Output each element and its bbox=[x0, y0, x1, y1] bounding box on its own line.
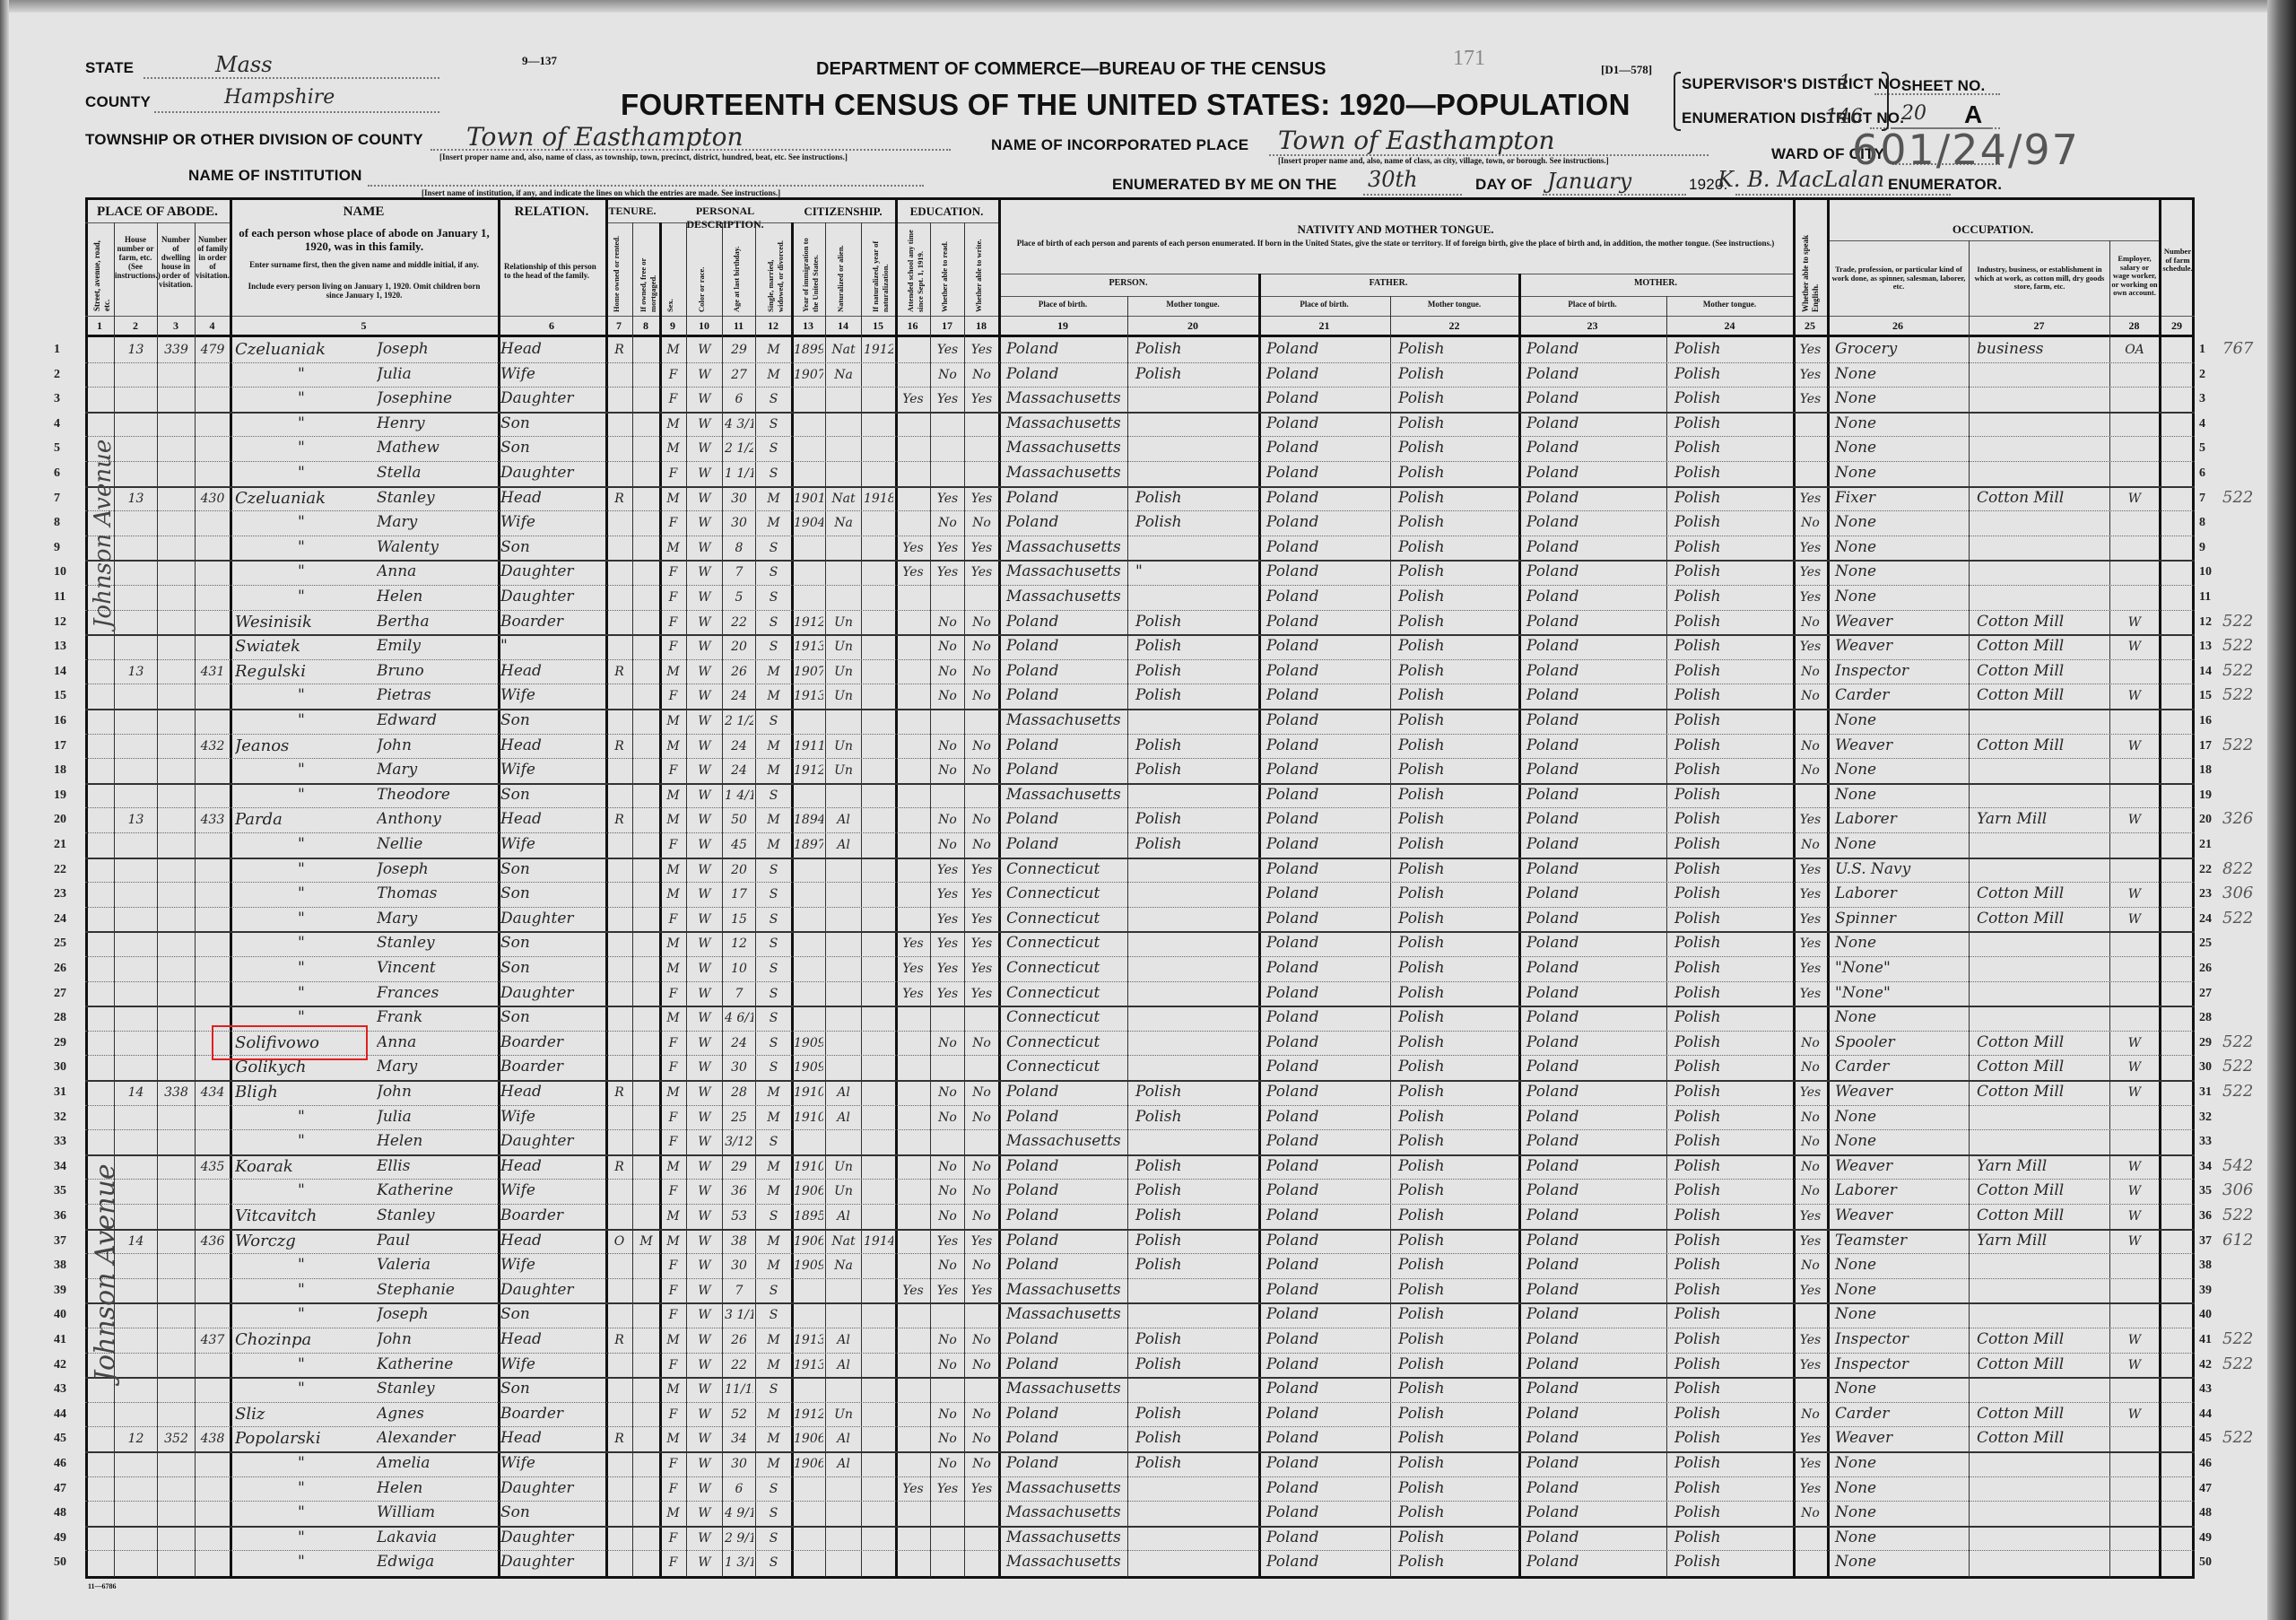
cell-sex: F bbox=[662, 1036, 684, 1050]
cell-pob: Poland bbox=[1001, 513, 1131, 531]
cell-fmt: Polish bbox=[1393, 538, 1522, 556]
cell-st: 13 bbox=[117, 492, 155, 506]
column-number: 17 bbox=[930, 319, 964, 333]
line-number-right: 39 bbox=[2199, 1284, 2212, 1298]
column-number: 27 bbox=[1969, 319, 2109, 333]
given-name: Alexander bbox=[377, 1429, 496, 1447]
surname: Golikych bbox=[235, 1058, 361, 1076]
cell-imm: 1906 bbox=[794, 1432, 823, 1446]
cell-mmt: Polish bbox=[1669, 884, 1796, 902]
given-name: Stella bbox=[377, 464, 496, 482]
cell-mmt: Polish bbox=[1669, 1380, 1796, 1398]
cell-eng: No bbox=[1796, 1506, 1825, 1520]
cell-write: No bbox=[967, 739, 996, 753]
margin-annotation: 822 bbox=[2222, 859, 2253, 878]
column-rule bbox=[157, 222, 158, 1577]
cell-fmt: Polish bbox=[1393, 1529, 1522, 1546]
line-number-left: 40 bbox=[54, 1308, 66, 1322]
cell-race: W bbox=[689, 441, 720, 456]
cell-trade: None bbox=[1830, 562, 1972, 580]
cell-fmt: Polish bbox=[1393, 588, 1522, 605]
cell-read: Yes bbox=[933, 541, 962, 555]
cell-mt: Polish bbox=[1130, 1454, 1262, 1472]
cell-fpob: Poland bbox=[1261, 414, 1394, 432]
cell-rel: Daughter bbox=[500, 1281, 604, 1299]
line-number-right: 46 bbox=[2199, 1457, 2212, 1471]
cell-fmt: Polish bbox=[1393, 1281, 1522, 1299]
cell-pob: Massachusetts bbox=[1001, 1380, 1131, 1398]
group-nativity: NATIVITY AND MOTHER TONGUE. bbox=[998, 222, 1793, 237]
line-number-right: 45 bbox=[2199, 1432, 2212, 1446]
cell-mmt: Polish bbox=[1669, 761, 1796, 779]
given-name: Anna bbox=[377, 562, 496, 580]
c16-header: Attended school any time since Sept. 1, … bbox=[906, 230, 926, 312]
supervisor-value: 1 bbox=[1839, 72, 1851, 94]
cell-sch: Yes bbox=[898, 1482, 928, 1496]
cell-write: No bbox=[967, 1358, 996, 1372]
cell-fmt: Polish bbox=[1393, 365, 1522, 383]
c10-header: Color or race. bbox=[697, 230, 707, 312]
cell-sex: F bbox=[662, 838, 684, 852]
row-rule bbox=[85, 758, 2195, 759]
cell-age: 30 bbox=[725, 492, 753, 506]
line-number-left: 37 bbox=[54, 1234, 66, 1249]
cell-fmt: Polish bbox=[1393, 1033, 1522, 1051]
line-number-left: 10 bbox=[54, 565, 66, 579]
margin-annotation: 326 bbox=[2222, 809, 2253, 828]
line-number-left: 20 bbox=[54, 813, 66, 827]
state-value: Mass bbox=[215, 52, 273, 77]
cell-rel: Son bbox=[500, 1305, 604, 1323]
cell-ms: M bbox=[758, 1110, 789, 1125]
cell-read: Yes bbox=[933, 1482, 962, 1496]
cell-ms: S bbox=[758, 1482, 789, 1496]
cell-emp: W bbox=[2112, 739, 2157, 753]
cell-read: No bbox=[933, 1160, 962, 1174]
cell-write: No bbox=[967, 665, 996, 679]
cell-ind: Cotton Mill bbox=[1971, 1429, 2113, 1447]
cell-mt: Polish bbox=[1130, 1405, 1262, 1423]
cell-trade: None bbox=[1830, 513, 1972, 531]
cell-age: 24 bbox=[725, 763, 753, 778]
cell-fpob: Poland bbox=[1261, 761, 1394, 779]
col6-header: Relationship of this person to the head … bbox=[504, 262, 601, 280]
cell-fam: 434 bbox=[197, 1085, 228, 1100]
column-rule bbox=[755, 222, 756, 1577]
cell-write: Yes bbox=[967, 962, 996, 976]
cell-mt: Polish bbox=[1130, 810, 1262, 828]
cell-read: No bbox=[933, 689, 962, 703]
rule bbox=[998, 296, 1793, 297]
cell-write: Yes bbox=[967, 1234, 996, 1249]
cell-rel: Head bbox=[500, 736, 604, 754]
surname: Czeluaniak bbox=[235, 340, 361, 359]
cell-rel: Head bbox=[500, 1083, 604, 1101]
cell-ms: S bbox=[758, 1209, 789, 1224]
column-rule bbox=[964, 222, 965, 1577]
cell-ind: Yarn Mill bbox=[1971, 1157, 2113, 1175]
cell-mpob: Poland bbox=[1521, 959, 1670, 977]
line-number-right: 41 bbox=[2199, 1333, 2212, 1347]
cell-read: Yes bbox=[933, 936, 962, 951]
cell-trade: None bbox=[1830, 1008, 1972, 1026]
group-place-of-abode: PLACE OF ABODE. bbox=[85, 205, 230, 220]
cell-race: W bbox=[689, 1209, 720, 1224]
column-number: 28 bbox=[2109, 319, 2159, 333]
row-rule bbox=[85, 1526, 2195, 1528]
cell-read: Yes bbox=[933, 962, 962, 976]
cell-age: 7 bbox=[725, 565, 753, 579]
cell-write: No bbox=[967, 1209, 996, 1224]
cell-sex: M bbox=[662, 863, 684, 877]
scan-edge-right bbox=[2267, 0, 2296, 1620]
cell-mmt: Polish bbox=[1669, 934, 1796, 952]
cell-eng: Yes bbox=[1796, 1209, 1825, 1224]
cell-mpob: Poland bbox=[1521, 1380, 1670, 1398]
cell-mmt: Polish bbox=[1669, 959, 1796, 977]
cell-ms: S bbox=[758, 887, 789, 901]
cell-sex: M bbox=[662, 1160, 684, 1174]
cell-rel: Daughter bbox=[500, 910, 604, 928]
cell-ms: S bbox=[758, 1531, 789, 1546]
cell-fpob: Poland bbox=[1261, 786, 1394, 804]
census-title: FOURTEENTH CENSUS OF THE UNITED STATES: … bbox=[621, 88, 1631, 122]
cell-pob: Massachusetts bbox=[1001, 1479, 1131, 1497]
cell-rel: Boarder bbox=[500, 1206, 604, 1224]
col21-header: Place of birth. bbox=[1258, 300, 1390, 309]
cell-imm: 1906 bbox=[794, 1184, 823, 1198]
cell-age: 22 bbox=[725, 615, 753, 630]
cell-sex: M bbox=[662, 1011, 684, 1025]
cell-mmt: Polish bbox=[1669, 1181, 1796, 1199]
cell-ms: S bbox=[758, 441, 789, 456]
cell-sex: F bbox=[662, 1184, 684, 1198]
cell-fpob: Poland bbox=[1261, 984, 1394, 1002]
cell-eng: No bbox=[1796, 739, 1825, 753]
cell-mmt: Polish bbox=[1669, 736, 1796, 754]
cell-eng: No bbox=[1796, 1135, 1825, 1149]
column-number: 24 bbox=[1666, 319, 1793, 333]
cell-mpob: Poland bbox=[1521, 365, 1670, 383]
cell-ms: S bbox=[758, 1506, 789, 1520]
given-name: Mary bbox=[377, 1058, 496, 1076]
line-number-left: 16 bbox=[54, 714, 66, 728]
row-rule bbox=[85, 907, 2195, 908]
given-name: John bbox=[377, 1330, 496, 1348]
cell-mpob: Poland bbox=[1521, 1132, 1670, 1150]
cell-fpob: Poland bbox=[1261, 1380, 1394, 1398]
line-number-left: 3 bbox=[54, 392, 60, 406]
cell-sex: M bbox=[662, 1333, 684, 1347]
cell-pob: Poland bbox=[1001, 835, 1131, 853]
surname: Popolarski bbox=[235, 1429, 361, 1448]
cell-dw: 338 bbox=[160, 1085, 193, 1100]
cell-race: W bbox=[689, 565, 720, 579]
cell-mmt: Polish bbox=[1669, 662, 1796, 680]
cell-tenure: R bbox=[608, 813, 631, 827]
given-name: Mary bbox=[377, 910, 496, 928]
col24-header: Mother tongue. bbox=[1666, 300, 1793, 309]
cell-fpob: Poland bbox=[1261, 1355, 1394, 1373]
county-label: COUNTY bbox=[85, 93, 151, 111]
cell-rel: Son bbox=[500, 1503, 604, 1521]
margin-annotation: 522 bbox=[2222, 488, 2253, 507]
cell-pob: Connecticut bbox=[1001, 910, 1131, 928]
row-rule bbox=[85, 783, 2195, 785]
cell-fmt: Polish bbox=[1393, 637, 1522, 655]
cell-write: No bbox=[967, 813, 996, 827]
cell-mpob: Poland bbox=[1521, 1033, 1670, 1051]
cell-mpob: Poland bbox=[1521, 1281, 1670, 1299]
cell-rel: Son bbox=[500, 439, 604, 457]
incorporated-value: Town of Easthampton bbox=[1278, 126, 1554, 155]
cell-race: W bbox=[689, 1110, 720, 1125]
margin-annotation: 522 bbox=[2222, 909, 2253, 928]
cell-fpob: Poland bbox=[1261, 1405, 1394, 1423]
cell-ms: S bbox=[758, 714, 789, 728]
col1-header: Street, avenue, road, etc. bbox=[92, 229, 112, 311]
column-number: 21 bbox=[1258, 319, 1390, 333]
given-name: Anthony bbox=[377, 810, 496, 828]
cell-age: 7 bbox=[725, 1284, 753, 1298]
cell-emp: W bbox=[2112, 615, 2157, 630]
column-rule bbox=[825, 222, 826, 1577]
cell-write: No bbox=[967, 1110, 996, 1125]
cell-trade: Weaver bbox=[1830, 613, 1972, 631]
c7-header: Home owned or rented. bbox=[612, 230, 622, 312]
column-number: 22 bbox=[1390, 319, 1518, 333]
nativity-note: Place of birth of each person and parent… bbox=[1009, 239, 1782, 248]
incorporated-note: [Insert proper name and, also, name of c… bbox=[1278, 156, 1609, 165]
cell-mmt: Polish bbox=[1669, 860, 1796, 878]
cell-sex: M bbox=[662, 665, 684, 679]
cell-eng: Yes bbox=[1796, 1284, 1825, 1298]
line-number-left: 30 bbox=[54, 1060, 66, 1075]
cell-sex: F bbox=[662, 392, 684, 406]
cell-race: W bbox=[689, 466, 720, 481]
line-number-left: 32 bbox=[54, 1110, 66, 1125]
column-number: 3 bbox=[157, 319, 195, 333]
cell-fpob: Poland bbox=[1261, 1305, 1394, 1323]
col20-header: Mother tongue. bbox=[1127, 300, 1258, 309]
cell-rel: Daughter bbox=[500, 588, 604, 605]
cell-read: No bbox=[933, 1259, 962, 1273]
cell-mpob: Poland bbox=[1521, 1058, 1670, 1076]
c17-header: Whether able to read. bbox=[940, 230, 950, 312]
given-name: Bertha bbox=[377, 613, 496, 631]
cell-mpob: Poland bbox=[1521, 1553, 1670, 1571]
cell-race: W bbox=[689, 590, 720, 605]
cell-trade: Teamster bbox=[1830, 1232, 1972, 1250]
cell-race: W bbox=[689, 1184, 720, 1198]
cell-age: 29 bbox=[725, 343, 753, 357]
cell-rel: Wife bbox=[500, 513, 604, 531]
cell-mt: Polish bbox=[1130, 1355, 1262, 1373]
cell-mpob: Poland bbox=[1521, 761, 1670, 779]
line-number-right: 4 bbox=[2199, 417, 2205, 431]
cell-eng: Yes bbox=[1796, 590, 1825, 605]
cell-nat: Al bbox=[828, 1457, 859, 1471]
cell-sex: M bbox=[662, 962, 684, 976]
cell-pob: Poland bbox=[1001, 1454, 1131, 1472]
cell-sex: M bbox=[662, 541, 684, 555]
cell-race: W bbox=[689, 417, 720, 431]
cell-ms: S bbox=[758, 590, 789, 605]
cell-eng: No bbox=[1796, 1259, 1825, 1273]
district-bracket-right bbox=[1882, 72, 1889, 131]
col5-header: of each person whose place of abode on J… bbox=[239, 226, 490, 253]
cell-mmt: Polish bbox=[1669, 489, 1796, 507]
row-rule bbox=[85, 709, 2195, 710]
cell-trade: Carder bbox=[1830, 1405, 1972, 1423]
cell-mmt: Polish bbox=[1669, 1529, 1796, 1546]
cell-ms: S bbox=[758, 1284, 789, 1298]
cell-fmt: Polish bbox=[1393, 340, 1522, 358]
cell-fpob: Poland bbox=[1261, 613, 1394, 631]
column-number: 29 bbox=[2159, 319, 2195, 333]
cell-ind: Cotton Mill bbox=[1971, 884, 2113, 902]
cell-sex: M bbox=[662, 714, 684, 728]
cell-race: W bbox=[689, 912, 720, 927]
cell-sex: M bbox=[662, 492, 684, 506]
cell-age: 20 bbox=[725, 863, 753, 877]
cell-fpob: Poland bbox=[1261, 489, 1394, 507]
group-father: FATHER. bbox=[1258, 278, 1518, 288]
cell-race: W bbox=[689, 1308, 720, 1322]
cell-fmt: Polish bbox=[1393, 1553, 1522, 1571]
line-number-right: 40 bbox=[2199, 1308, 2212, 1322]
line-number-right: 8 bbox=[2199, 516, 2205, 530]
cell-fmt: Polish bbox=[1393, 1232, 1522, 1250]
cell-fmt: Polish bbox=[1393, 1108, 1522, 1126]
cell-rel: Son bbox=[500, 786, 604, 804]
row-rule bbox=[85, 387, 2195, 388]
cell-pob: Poland bbox=[1001, 686, 1131, 704]
col4-header: Number of family in order of visitation. bbox=[196, 235, 230, 280]
cell-ind: Cotton Mill bbox=[1971, 489, 2113, 507]
cell-dw: 339 bbox=[160, 343, 193, 357]
cell-read: No bbox=[933, 1085, 962, 1100]
cell-sex: F bbox=[662, 1482, 684, 1496]
row-rule bbox=[85, 882, 2195, 883]
cell-fpob: Poland bbox=[1261, 662, 1394, 680]
group-person: PERSON. bbox=[998, 278, 1258, 288]
cell-fpob: Poland bbox=[1261, 686, 1394, 704]
cell-ind: Cotton Mill bbox=[1971, 736, 2113, 754]
rule bbox=[85, 316, 2195, 317]
cell-eng: Yes bbox=[1796, 863, 1825, 877]
cell-sch: Yes bbox=[898, 541, 928, 555]
col19-header: Place of birth. bbox=[998, 300, 1127, 309]
line-number-right: 26 bbox=[2199, 962, 2212, 976]
cell-age: 27 bbox=[725, 368, 753, 382]
cell-ind: Cotton Mill bbox=[1971, 613, 2113, 631]
given-name: John bbox=[377, 1083, 496, 1101]
row-rule bbox=[85, 1426, 2195, 1427]
col29-header: Number of farm schedule. bbox=[2161, 248, 2194, 274]
cell-mmt: Polish bbox=[1669, 1008, 1796, 1026]
cell-mpob: Poland bbox=[1521, 1083, 1670, 1101]
cell-mt: Polish bbox=[1130, 662, 1262, 680]
cell-rel: Wife bbox=[500, 686, 604, 704]
group-name: NAME bbox=[230, 205, 498, 220]
line-number-left: 44 bbox=[54, 1407, 66, 1422]
cell-st: 14 bbox=[117, 1085, 155, 1100]
line-number-left: 27 bbox=[54, 987, 66, 1001]
line-number-right: 38 bbox=[2199, 1259, 2212, 1273]
cell-fmt: Polish bbox=[1393, 513, 1522, 531]
given-name: Stanley bbox=[377, 489, 496, 507]
cell-mmt: Polish bbox=[1669, 1330, 1796, 1348]
cell-write: No bbox=[967, 516, 996, 530]
cell-trade: None bbox=[1830, 1281, 1972, 1299]
cell-fpob: Poland bbox=[1261, 1281, 1394, 1299]
cell-eng: No bbox=[1796, 838, 1825, 852]
cell-mmt: Polish bbox=[1669, 340, 1796, 358]
row-rule bbox=[85, 1129, 2195, 1130]
cell-age: 50 bbox=[725, 813, 753, 827]
cell-emp: W bbox=[2112, 813, 2157, 827]
cell-read: No bbox=[933, 1110, 962, 1125]
cell-mmt: Polish bbox=[1669, 365, 1796, 383]
line-number-right: 29 bbox=[2199, 1036, 2212, 1050]
cell-age: 4 6/12 bbox=[725, 1011, 753, 1025]
cell-read: No bbox=[933, 516, 962, 530]
cell-mpob: Poland bbox=[1521, 1330, 1670, 1348]
row-rule bbox=[85, 684, 2195, 684]
cell-mpob: Poland bbox=[1521, 538, 1670, 556]
cell-age: 25 bbox=[725, 1110, 753, 1125]
cell-eng: Yes bbox=[1796, 392, 1825, 406]
cell-sex: F bbox=[662, 1135, 684, 1149]
cell-age: 15 bbox=[725, 912, 753, 927]
cell-st: 13 bbox=[117, 813, 155, 827]
cell-mt: Polish bbox=[1130, 1429, 1262, 1447]
cell-mmt: Polish bbox=[1669, 1405, 1796, 1423]
cell-ms: S bbox=[758, 863, 789, 877]
township-value: Town of Easthampton bbox=[466, 122, 743, 152]
cell-pob: Massachusetts bbox=[1001, 1305, 1131, 1323]
cell-imm: 1907 bbox=[794, 665, 823, 679]
cell-nat: Al bbox=[828, 1085, 859, 1100]
cell-write: Yes bbox=[967, 987, 996, 1001]
cell-fmt: Polish bbox=[1393, 1454, 1522, 1472]
cell-pob: Massachusetts bbox=[1001, 786, 1131, 804]
row-rule bbox=[85, 510, 2195, 511]
cell-pob: Poland bbox=[1001, 637, 1131, 655]
cell-age: 53 bbox=[725, 1209, 753, 1224]
cell-trade: None bbox=[1830, 414, 1972, 432]
cell-eng: Yes bbox=[1796, 1234, 1825, 1249]
cell-sch: Yes bbox=[898, 936, 928, 951]
given-name: Nellie bbox=[377, 835, 496, 853]
cell-eng: No bbox=[1796, 1110, 1825, 1125]
cell-rel: Boarder bbox=[500, 1033, 604, 1051]
cell-ms: S bbox=[758, 1036, 789, 1050]
cell-sex: M bbox=[662, 813, 684, 827]
cell-pob: Massachusetts bbox=[1001, 711, 1131, 729]
cell-eng: Yes bbox=[1796, 1085, 1825, 1100]
cell-fmt: Polish bbox=[1393, 884, 1522, 902]
cell-fmt: Polish bbox=[1393, 1083, 1522, 1101]
given-name: Mary bbox=[377, 761, 496, 779]
cell-trade: None bbox=[1830, 1132, 1972, 1150]
line-number-left: 28 bbox=[54, 1011, 66, 1025]
cell-fmt: Polish bbox=[1393, 389, 1522, 407]
cell-age: 6 bbox=[725, 392, 753, 406]
cell-emp: W bbox=[2112, 1407, 2157, 1422]
cell-mt: Polish bbox=[1130, 761, 1262, 779]
